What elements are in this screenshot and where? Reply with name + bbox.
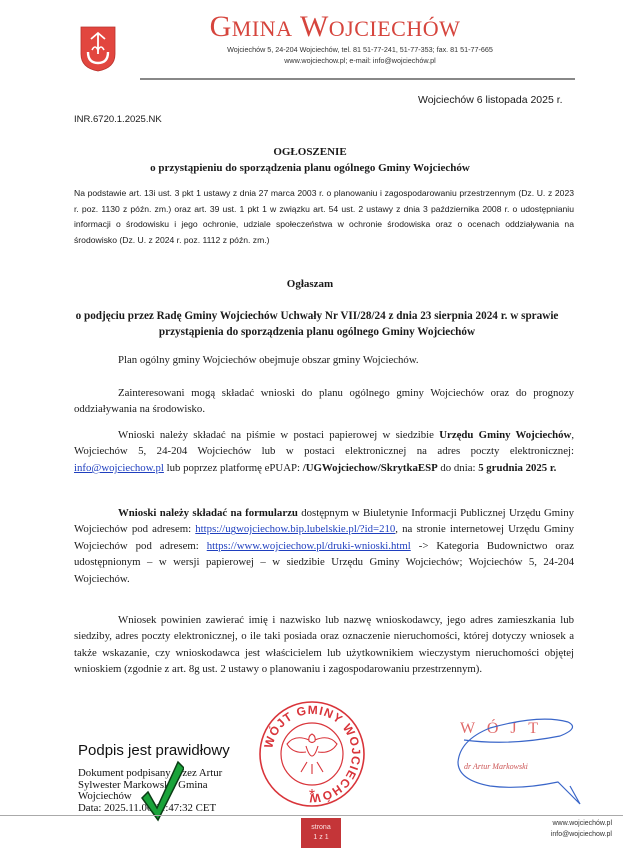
bip-link[interactable]: https://ugwojciechow.bip.lubelskie.pl/?i… (195, 523, 395, 535)
legal-basis: Na podstawie art. 13i ust. 3 pkt 1 ustaw… (74, 186, 574, 248)
valid-signature-checkmark-icon (140, 758, 184, 822)
official-round-stamp: WÓJT GMINY WOJCIECHÓW * (258, 700, 366, 808)
page-indicator: strona 1 z 1 (301, 818, 341, 848)
document-heading: OGŁOSZENIE o przystąpieniu do sporządzen… (60, 144, 560, 176)
page-label: strona (301, 823, 341, 833)
footer-divider (0, 815, 623, 816)
paragraph-submission: Wnioski należy składać na piśmie w posta… (74, 427, 574, 476)
deadline: 5 grudnia 2025 r. (478, 462, 556, 474)
eagle-emblem-icon (287, 734, 337, 774)
handwritten-signature (430, 716, 590, 806)
heading-title: OGŁOSZENIE (60, 144, 560, 160)
heading-subtitle: o przystąpieniu do sporządzenia planu og… (60, 160, 560, 176)
form-emphasis: Wnioski należy składać na formularzu (118, 507, 298, 519)
email-link[interactable]: info@wojciechow.pl (74, 462, 164, 474)
text: Wnioski należy składać na piśmie w posta… (118, 429, 439, 441)
resolution-heading: o podjęciu przez Radę Gminy Wojciechów U… (72, 308, 562, 340)
title-initial: W (300, 10, 329, 43)
header-divider (140, 78, 575, 80)
address-line: Wojciechów 5, 24-204 Wojciechów, tel. 81… (160, 44, 560, 55)
paragraph-form: Wnioski należy składać na formularzu dos… (74, 505, 574, 587)
paragraph-interested: Zainteresowani mogą składać wnioski do p… (74, 385, 574, 418)
signature-status: Podpis jest prawidłowy (78, 742, 230, 759)
contact-line: www.wojciechow.pl; e-mail: info@wojciech… (160, 55, 560, 66)
municipality-title: GMINA WOJCIECHÓW (185, 10, 485, 44)
svg-text:*: * (309, 787, 315, 804)
reference-number: INR.6720.1.2025.NK (74, 114, 162, 125)
forms-link[interactable]: https://www.wojciechow.pl/druki-wnioski.… (207, 540, 411, 552)
letterhead-address: Wojciechów 5, 24-204 Wojciechów, tel. 81… (160, 44, 560, 66)
paragraph-requirements: Wniosek powinien zawierać imię i nazwisk… (74, 612, 574, 678)
municipal-coat-of-arms-icon (80, 26, 116, 72)
page-number: 1 z 1 (301, 833, 341, 843)
footer-contact: www.wojciechów.pl info@wojciechow.pl (520, 818, 612, 840)
footer-website: www.wojciechów.pl (520, 818, 612, 829)
text: do dnia: (438, 462, 478, 474)
text: lub poprzez platformę ePUAP: (164, 462, 303, 474)
mayor-stamp: W Ó J T dr Artur Markowski (430, 716, 590, 806)
epuap-address: /UGWojciechow/SkrytkaESP (303, 462, 438, 474)
title-rest: MINA (232, 16, 293, 41)
title-rest: OJCIECHÓW (329, 16, 461, 41)
title-initial: G (210, 10, 232, 43)
footer-email: info@wojciechow.pl (520, 829, 612, 840)
office-name: Urzędu Gminy Wojciechów (439, 429, 571, 441)
paragraph-scope: Plan ogólny gminy Wojciechów obejmuje ob… (74, 352, 574, 368)
announce-heading: Ogłaszam (60, 278, 560, 290)
place-date: Wojciechów 6 listopada 2025 r. (418, 94, 563, 106)
